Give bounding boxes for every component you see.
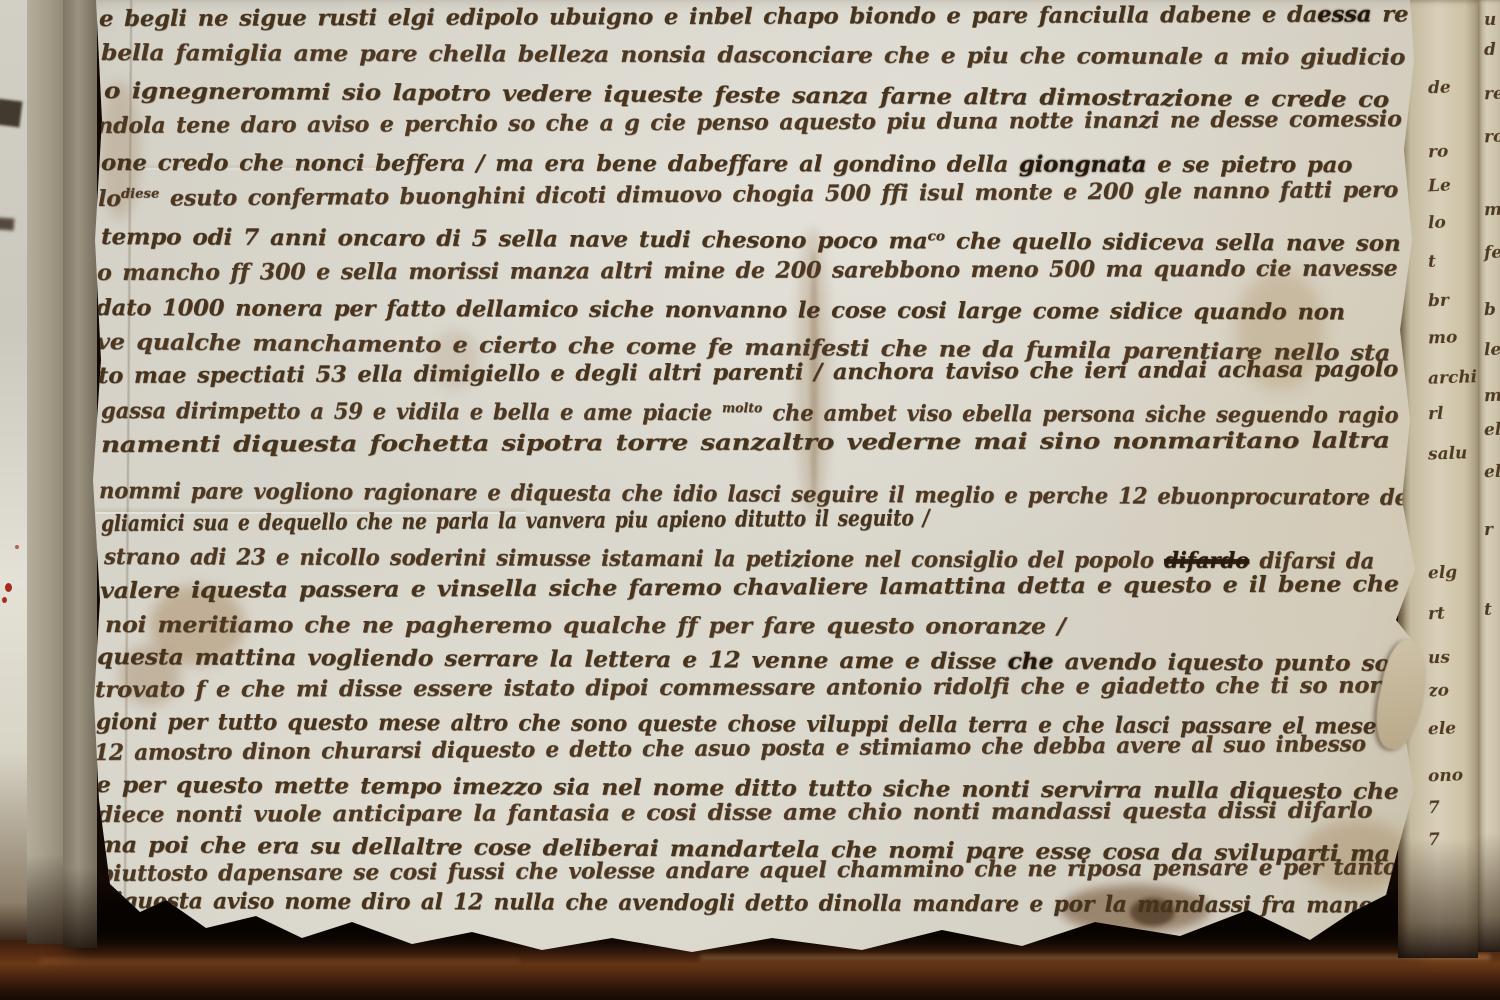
fore-edge-text-fragment: re <box>1484 84 1500 105</box>
manuscript-line: questa mattina vogliendo serrare la lett… <box>97 644 1390 677</box>
fore-edge-text-fragment: ro <box>1428 142 1449 163</box>
manuscript-line: valere iquesta passera e vinsella siche … <box>100 571 1399 604</box>
fore-edge-text-fragment: le <box>1484 340 1500 361</box>
fore-edge-strip-near: deroLelotbrmoarchirlsaluelgrtuszoeleono7… <box>1398 0 1478 958</box>
fore-edge-text-fragment: u <box>1484 10 1497 30</box>
manuscript-line: bella famiglia ame pare chella belleza n… <box>101 40 1405 71</box>
red-ink-speck <box>15 545 19 549</box>
handwritten-text: esuto confermato buonghini dicoti dimuov… <box>159 177 1398 212</box>
facing-page-edge <box>0 0 27 940</box>
handwritten-text: one credo che nonci beffera / ma era ben… <box>101 150 1019 178</box>
fore-edge-text-fragment: ro <box>1484 127 1500 148</box>
handwritten-text: ndola tene daro aviso e perchio so che a… <box>97 106 1402 139</box>
fore-edge-text-fragment: b <box>1484 300 1497 320</box>
manuscript-line: trovato f e che mi disse essere istato d… <box>95 672 1407 703</box>
manuscript-line: diquesta aviso nome diro al 12 nulla che… <box>99 888 1372 918</box>
manuscript-line: ndola tene daro aviso e perchio so che a… <box>97 106 1402 139</box>
manuscript-line: strano adi 23 e nicollo soderini simusse… <box>104 544 1374 574</box>
handwritten-text: to mae spectiati 53 ella dimigiello e de… <box>98 356 1398 389</box>
binding-gutter-shadow <box>63 0 97 948</box>
fore-edge-text-fragment: m <box>1484 386 1500 407</box>
fore-edge-text-fragment: elg <box>1428 562 1458 583</box>
handwritten-text: giongnata <box>1019 152 1146 178</box>
fore-edge-text-fragment: us <box>1428 648 1451 669</box>
handwritten-text: 12 amostro dinon churarsi diquesto e det… <box>94 731 1366 766</box>
paper-tear <box>0 99 22 128</box>
fore-edge-text-fragment: mo <box>1428 327 1458 348</box>
handwritten-text: che ambet viso ebella persona siche segu… <box>762 400 1398 428</box>
manuscript-line: noi meritiamo che ne pagheremo qualche f… <box>105 612 1066 640</box>
fore-edge-strip-far: udreromfeblemelelirt <box>1476 0 1500 952</box>
handwritten-text: re <box>1371 1 1408 27</box>
handwritten-text: e begli ne sigue rusti elgi edipolo ubui… <box>99 2 1317 32</box>
fore-edge-text-fragment: 7 <box>1428 830 1441 850</box>
manuscript-line: o mancho ff 300 e sella morissi manza al… <box>97 255 1398 286</box>
fore-edge-text-fragment: r <box>1484 520 1494 540</box>
handwritten-text: dato 1000 nonera per fatto dellamico sic… <box>96 295 1345 325</box>
fore-edge-text-fragment: d <box>1484 40 1497 60</box>
handwritten-text: gliamici sua e dequello che ne parla la … <box>101 505 929 537</box>
manuscript-line: dato 1000 nonera per fatto dellamico sic… <box>96 295 1345 325</box>
fore-edge-text-fragment: ono <box>1428 765 1464 786</box>
handwritten-text: bella famiglia ame pare chella belleza n… <box>101 40 1405 71</box>
fore-edge-text-fragment: ele <box>1428 719 1457 740</box>
handwritten-text: diece nonti vuole anticipare la fantasia… <box>97 798 1372 828</box>
fore-edge-text-fragment: Le <box>1428 176 1451 197</box>
handwritten-text: gassa dirimpetto a 59 e vidila e bella e… <box>101 398 722 426</box>
fore-edge-text-fragment: archi <box>1428 367 1478 389</box>
fore-edge-text-fragment: m <box>1484 200 1500 221</box>
fore-edge-text-fragment: el <box>1484 420 1500 441</box>
handwritten-text: trovato f e che mi disse essere istato d… <box>95 672 1407 703</box>
handwritten-text: lo <box>98 186 121 212</box>
manuscript-line: to mae spectiati 53 ella dimigiello e de… <box>98 356 1398 389</box>
fore-edge-text-fragment: de <box>1428 78 1451 99</box>
manuscript-line: tempo odi 7 anni oncaro di 5 sella nave … <box>101 224 1401 257</box>
fore-edge-text-fragment: 7 <box>1428 798 1441 818</box>
manuscript-line: piuttosto dapensare se cosi fussi che vo… <box>98 854 1397 887</box>
fore-edge-text-fragment: rt <box>1428 604 1446 625</box>
handwritten-text: diquesta aviso nome diro al 12 nulla che… <box>99 888 1372 918</box>
interlinear-addition: molto <box>722 401 762 416</box>
handwritten-text: che <box>1008 649 1054 675</box>
handwritten-text: piuttosto dapensare se cosi fussi che vo… <box>98 854 1397 887</box>
handwritten-text: valere iquesta passera e vinsella siche … <box>100 571 1399 604</box>
handwritten-text: noi meritiamo che ne pagheremo qualche f… <box>105 612 1066 640</box>
handwritten-text: tempo odi 7 anni oncaro di 5 sella nave … <box>101 224 928 254</box>
manuscript-line: 12 amostro dinon churarsi diquesto e det… <box>94 731 1366 766</box>
fore-edge-text-fragment: rl <box>1428 404 1444 425</box>
paper-tear <box>0 217 14 230</box>
wood-reflection <box>700 954 1490 960</box>
handwritten-text: questa mattina vogliendo serrare la lett… <box>97 644 1008 675</box>
manuscript-line: e begli ne sigue rusti elgi edipolo ubui… <box>99 1 1408 32</box>
handwritten-text: o mancho ff 300 e sella morissi manza al… <box>97 255 1398 286</box>
interlinear-addition: diese <box>121 187 159 202</box>
manuscript-line: gassa dirimpetto a 59 e vidila e bella e… <box>101 398 1398 429</box>
fore-edge-text-fragment: fe <box>1484 243 1500 264</box>
manuscript-line: diece nonti vuole anticipare la fantasia… <box>97 798 1372 828</box>
handwritten-text: strano adi 23 e nicollo soderini simusse… <box>104 544 1164 574</box>
handwritten-text: che quello sidiceva sella nave son <box>945 228 1401 256</box>
handwritten-text: e se pietro pao <box>1146 152 1352 178</box>
struck-out-word: difardo <box>1164 548 1249 574</box>
fore-edge-text-fragment: t <box>1428 252 1437 272</box>
red-ink-speck <box>2 597 7 603</box>
handwritten-text: namenti diquesta fochetta sipotra torre … <box>101 428 1390 458</box>
handwritten-text: essa <box>1317 2 1371 28</box>
fore-edge-text-fragment: t <box>1484 600 1493 620</box>
fore-edge-text-fragment: zo <box>1428 681 1450 702</box>
page-edge-band <box>27 0 63 944</box>
manuscript-page: e begli ne sigue rusti elgi edipolo ubui… <box>0 0 1500 1000</box>
red-ink-speck <box>5 583 12 592</box>
fore-edge-text-fragment: salu <box>1428 443 1468 464</box>
wood-reflection <box>40 958 520 963</box>
manuscript-line: namenti diquesta fochetta sipotra torre … <box>101 428 1390 458</box>
manuscript-line: gliamici sua e dequello che ne parla la … <box>101 505 929 537</box>
fore-edge-text-fragment: br <box>1428 291 1450 312</box>
fore-edge-text-fragment: eli <box>1484 462 1500 483</box>
manuscript-line: one credo che nonci beffera / ma era ben… <box>101 150 1352 178</box>
fore-edge-text-fragment: lo <box>1428 213 1446 234</box>
manuscript-photograph: udreromfeblemelelirt deroLelotbrmoarchir… <box>0 0 1500 1000</box>
interlinear-addition: co <box>928 229 946 244</box>
manuscript-line: lodiese esuto confermato buonghini dicot… <box>98 177 1398 212</box>
